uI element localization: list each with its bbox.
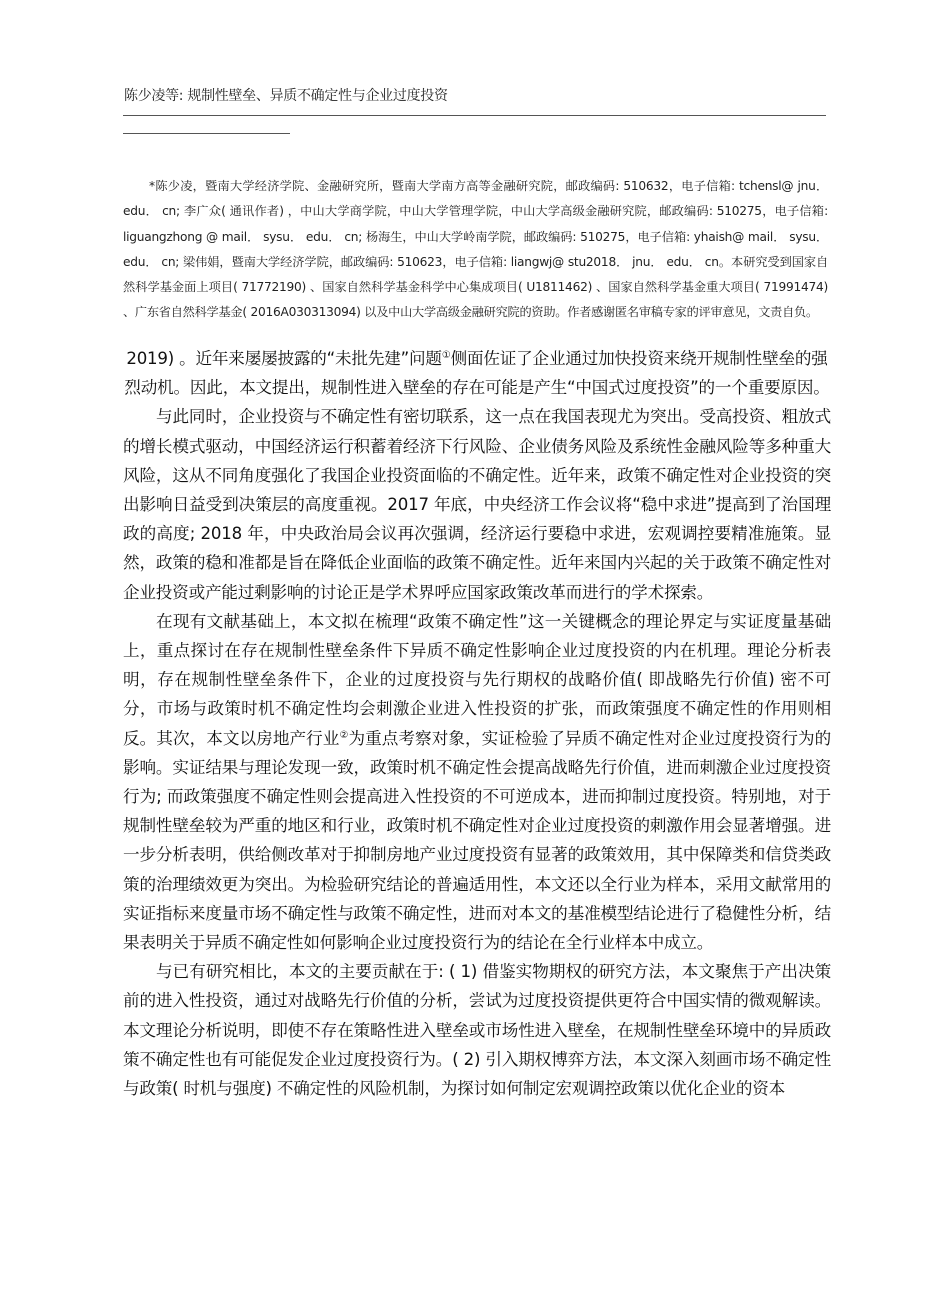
author-footnote-text: *陈少凌，暨南大学经济学院、金融研究所，暨南大学南方高等金融研究院，邮政编码: … bbox=[123, 174, 828, 326]
body-text: 2019) 。近年来屡屡披露的“未批先建”问题①侧面佐证了企业通过加快投资来绕开… bbox=[123, 344, 831, 1103]
running-header-title: 陈少凌等: 规制性壁垒、异质不确定性与企业过度投资 bbox=[124, 86, 448, 106]
paragraph-2: 与此同时，企业投资与不确定性有密切联系，这一点在我国表现尤为突出。受高投资、粗放… bbox=[123, 402, 831, 606]
footnote-marker-1[interactable]: ① bbox=[442, 350, 451, 361]
paragraph-3-text-a: 在现有文献基础上，本文拟在梳理“政策不确定性”这一关键概念的理论界定与实证度量基… bbox=[123, 612, 831, 748]
paragraph-1: 2019) 。近年来屡屡披露的“未批先建”问题①侧面佐证了企业通过加快投资来绕开… bbox=[123, 344, 831, 402]
paragraph-4: 与已有研究相比，本文的主要贡献在于: ( 1) 借鉴实物期权的研究方法，本文聚焦… bbox=[123, 957, 831, 1103]
footnote-rule bbox=[123, 133, 290, 134]
paragraph-1-text-a: 2019) 。近年来屡屡披露的“未批先建”问题 bbox=[126, 349, 441, 368]
paragraph-3: 在现有文献基础上，本文拟在梳理“政策不确定性”这一关键概念的理论界定与实证度量基… bbox=[123, 607, 831, 957]
author-footnote: *陈少凌，暨南大学经济学院、金融研究所，暨南大学南方高等金融研究院，邮政编码: … bbox=[123, 174, 828, 326]
header-rule bbox=[123, 115, 826, 116]
paragraph-3-text-b: 为重点考察对象，实证检验了异质不确定性对企业过度投资行为的影响。实证结果与理论发… bbox=[123, 729, 831, 952]
